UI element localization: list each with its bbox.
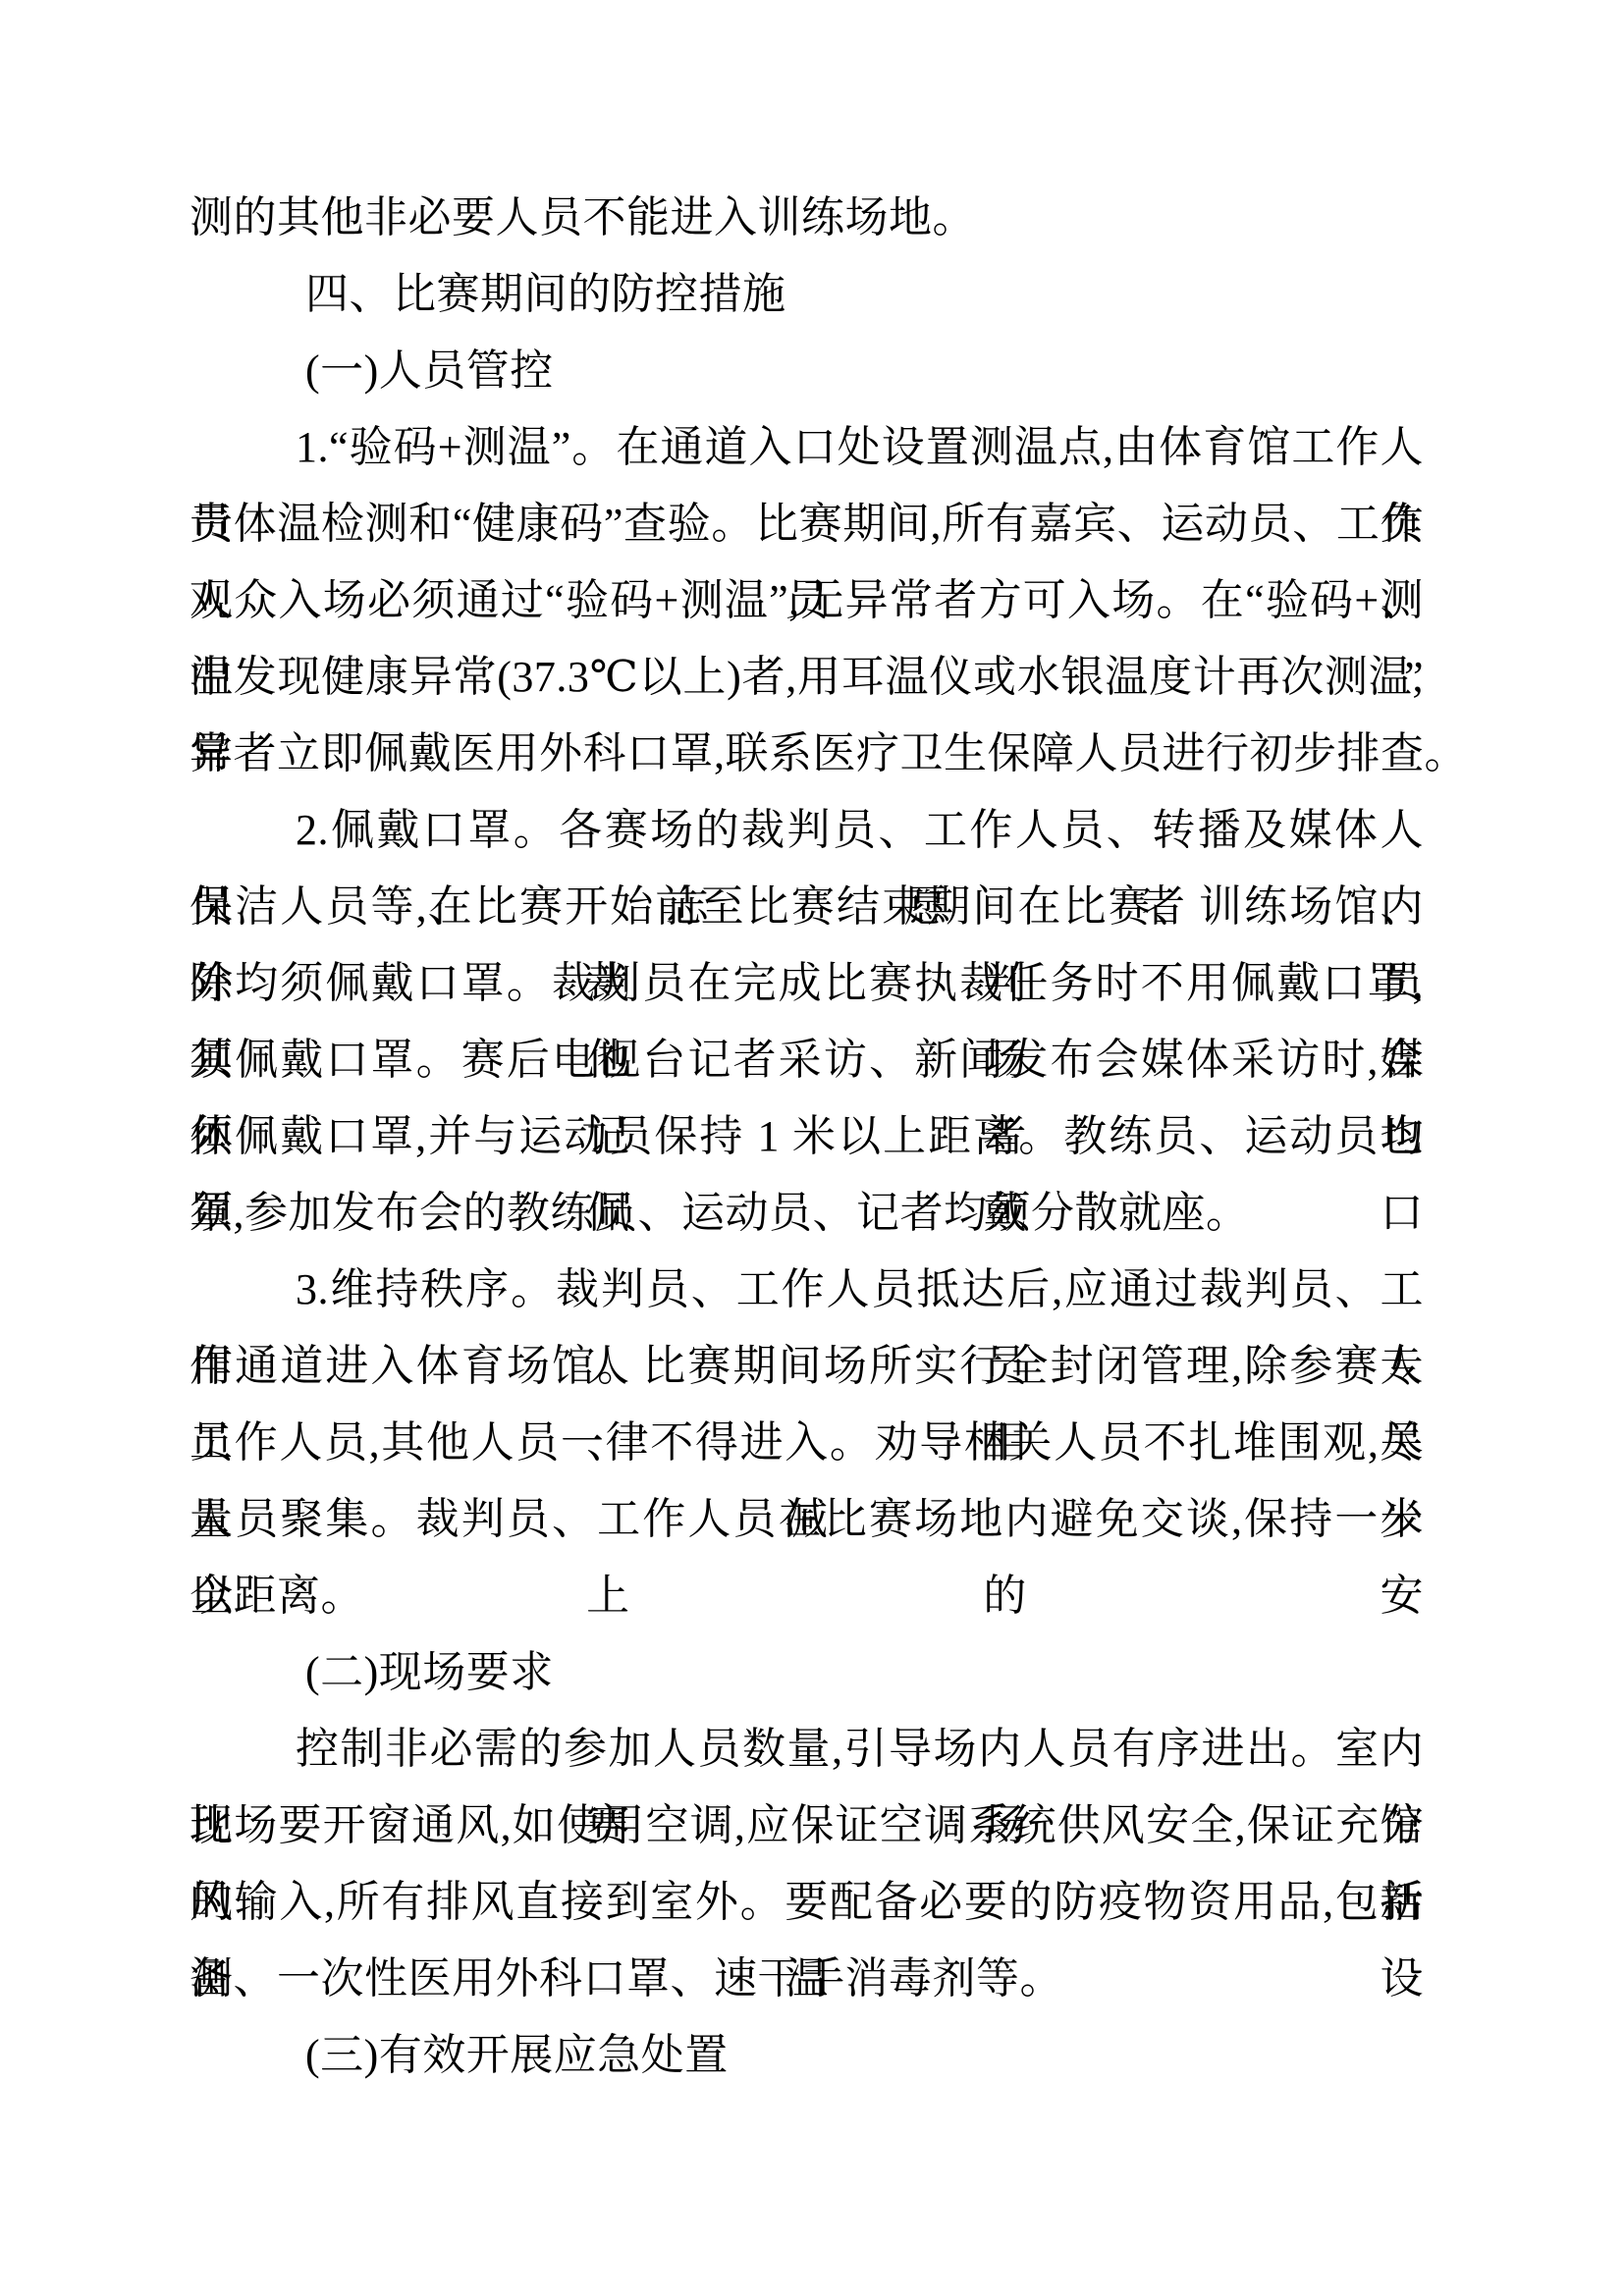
paragraph-line: 人员聚集。裁判员、工作人员在比赛场地内避免交谈,保持一米以上的安	[189, 1481, 1424, 1558]
paragraph-line: 2.佩戴口罩。各赛场的裁判员、工作人员、转播及媒体人员、志愿者、	[189, 792, 1424, 869]
subsection-heading: (二)现场要求	[189, 1634, 1424, 1711]
paragraph-line: 中发现健康异常(37.3℃以上)者,用耳温仪或水银温度计再次测温,异	[189, 639, 1424, 716]
paragraph-line: 控制非必需的参加人员数量,引导场内人员有序进出。室内比赛场馆	[189, 1711, 1424, 1788]
document-page: 测的其他非必要人员不能进入训练场地。 四、比赛期间的防控措施 (一)人员管控 1…	[0, 0, 1624, 2296]
paragraph-line: 风输入,所有排风直接到室外。要配备必要的防疫物资用品,包括测温设	[189, 1864, 1424, 1941]
paragraph-line: 常者立即佩戴医用外科口罩,联系医疗卫生保障人员进行初步排查。	[189, 716, 1424, 792]
paragraph-line: 外均须佩戴口罩。裁判员在完成比赛执裁任务时不用佩戴口罩,其他场合	[189, 945, 1424, 1022]
paragraph-line: 3.维持秩序。裁判员、工作人员抵达后,应通过裁判员、工作人员专	[189, 1252, 1424, 1328]
paragraph-line: 罩,参加发布会的教练员、运动员、记者均须分散就座。	[189, 1175, 1424, 1252]
paragraph-line: 工作人员,其他人员一律不得进入。劝导相关人员不扎堆围观,尽量减少	[189, 1405, 1424, 1481]
document-text-block: 测的其他非必要人员不能进入训练场地。 四、比赛期间的防控措施 (一)人员管控 1…	[189, 180, 1424, 2094]
section-heading: 四、比赛期间的防控措施	[189, 256, 1424, 333]
paragraph-line: 须佩戴口罩,并与运动员保持 1 米以上距离。教练员、运动员也须佩戴口	[189, 1098, 1424, 1175]
subsection-heading: (一)人员管控	[189, 333, 1424, 409]
paragraph-line: 测的其他非必要人员不能进入训练场地。	[189, 180, 1424, 256]
paragraph-line: 用通道进入体育场馆。比赛期间场所实行全封闭管理,除参赛人员、相关	[189, 1328, 1424, 1405]
paragraph-line: 观众入场必须通过“验码+测温”,无异常者方可入场。在“验码+测温”	[189, 562, 1424, 639]
paragraph-line: 保洁人员等,在比赛开始前至比赛结束期间在比赛、训练场馆内除裁判员	[189, 869, 1424, 945]
paragraph-line: 责体温检测和“健康码”查验。比赛期间,所有嘉宾、运动员、工作人员、	[189, 486, 1424, 562]
subsection-heading: (三)有效开展应急处置	[189, 2017, 1424, 2094]
paragraph-line: 须佩戴口罩。赛后电视台记者采访、新闻发布会媒体采访时,媒体记者均	[189, 1022, 1424, 1098]
paragraph-line: 1.“验码+测温”。在通道入口处设置测温点,由体育馆工作人员负	[189, 409, 1424, 486]
paragraph-line: 现场要开窗通风,如使用空调,应保证空调系统供风安全,保证充分的新	[189, 1788, 1424, 1864]
